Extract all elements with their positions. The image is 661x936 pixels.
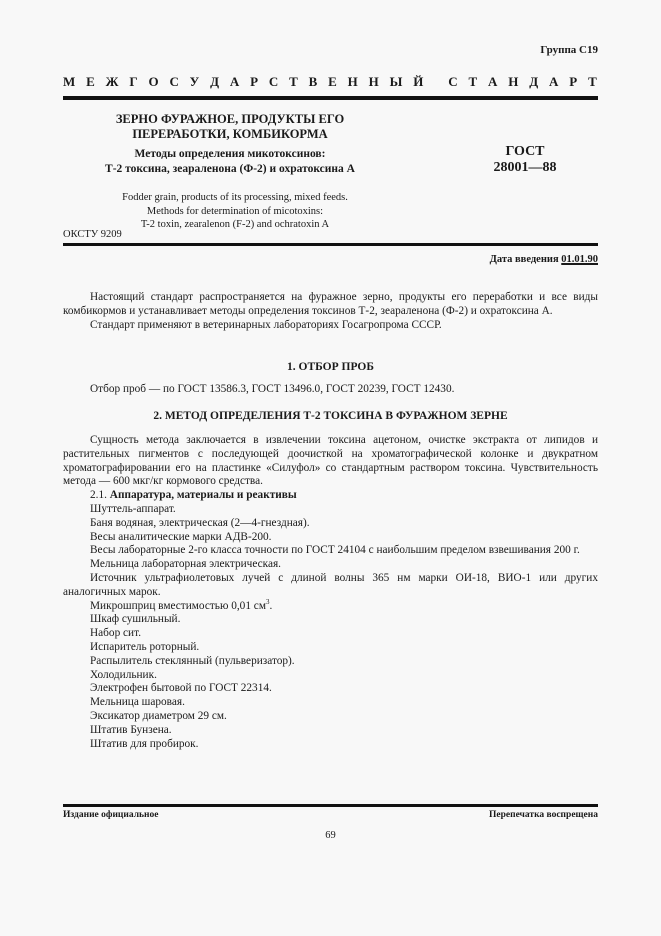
heading-letter: Т — [289, 74, 298, 90]
subsection-2-1-heading: 2.1. Аппаратура, материалы и реактивы — [63, 489, 598, 503]
preamble: Настоящий стандарт распространяется на ф… — [63, 291, 598, 332]
equipment-item: Распылитель стеклянный (пульверизатор). — [63, 655, 598, 669]
heading-letter: Д — [210, 74, 219, 90]
heading-letter: Н — [348, 74, 358, 90]
heading-letter: С — [269, 74, 278, 90]
heading-letter: Р — [569, 74, 577, 90]
heading-letter: Ы — [390, 74, 403, 90]
header-bottom-divider — [63, 243, 598, 246]
equipment-item: Эксикатор диаметром 29 см. — [63, 710, 598, 724]
subtitle-line-2: Т-2 токсина, зеараленона (Ф-2) и охраток… — [90, 162, 370, 177]
heading-letter: Т — [588, 74, 597, 90]
heading-letter: Р — [250, 74, 258, 90]
heading-letter: С — [169, 74, 178, 90]
intro-date-label: Дата введения — [490, 254, 559, 265]
reprint-prohibited-label: Перепечатка воспрещена — [489, 810, 598, 820]
gost-label: ГОСТ — [470, 144, 580, 160]
okstu-code: ОКСТУ 9209 — [63, 229, 122, 240]
heading-letter: А — [549, 74, 558, 90]
equipment-item: Шуттель-аппарат. — [63, 503, 598, 517]
microsyringe-text: Микрошприц вместимостью 0,01 см — [90, 600, 266, 612]
preamble-paragraph-1: Настоящий стандарт распространяется на ф… — [63, 291, 598, 319]
english-line-2: Methods for determination of micotoxins: — [110, 205, 360, 219]
heading-letter: А — [230, 74, 239, 90]
gost-number: 28001—88 — [470, 160, 580, 176]
subsection-number: 2.1. — [90, 489, 107, 501]
equipment-item: Источник ультрафиолетовых лучей с длиной… — [63, 572, 598, 600]
equipment-item: Штатив для пробирок. — [63, 738, 598, 752]
group-label: Группа С19 — [540, 44, 598, 56]
equipment-item: Холодильник. — [63, 669, 598, 683]
equipment-item: Мельница лабораторная электрическая. — [63, 558, 598, 572]
equipment-item: Баня водяная, электрическая (2—4-гнездна… — [63, 517, 598, 531]
heading-letter: С — [448, 74, 457, 90]
microsyringe-period: . — [269, 600, 272, 612]
equipment-item: Весы аналитические марки АДВ-200. — [63, 531, 598, 545]
title-line-1: ЗЕРНО ФУРАЖНОЕ, ПРОДУКТЫ ЕГО — [110, 112, 350, 127]
subtitle-line-1: Методы определения микотоксинов: — [90, 147, 370, 162]
english-title: Fodder grain, products of its processing… — [110, 191, 360, 232]
heading-letter: Д — [529, 74, 538, 90]
heading-letter: М — [63, 74, 75, 90]
heading-letter: Н — [508, 74, 518, 90]
equipment-item: Микрошприц вместимостью 0,01 см3. — [63, 600, 598, 614]
heading-letter: Ж — [106, 74, 119, 90]
equipment-item: Испаритель роторный. — [63, 641, 598, 655]
heading-letter: Н — [369, 74, 379, 90]
english-line-3: T-2 toxin, zearalenon (F-2) and ochratox… — [110, 218, 360, 232]
equipment-item: Набор сит. — [63, 627, 598, 641]
top-divider — [63, 96, 598, 100]
heading-letter: В — [309, 74, 318, 90]
interstate-standard-heading: М Е Ж Г О С У Д А Р С Т В Е Н Н Ы Й С Т … — [63, 74, 597, 90]
method-essence: Сущность метода заключается в извлечении… — [63, 434, 598, 489]
official-edition-label: Издание официальное — [63, 810, 159, 820]
footer-divider — [63, 804, 598, 807]
equipment-item: Штатив Бунзена. — [63, 724, 598, 738]
title-line-2: ПЕРЕРАБОТКИ, КОМБИКОРМА — [110, 127, 350, 142]
document-title: ЗЕРНО ФУРАЖНОЕ, ПРОДУКТЫ ЕГО ПЕРЕРАБОТКИ… — [110, 112, 350, 142]
heading-letter: Й — [413, 74, 423, 90]
intro-date-value: 01.01.90 — [561, 254, 598, 265]
heading-letter: Т — [469, 74, 478, 90]
section-1-text: Отбор проб — по ГОСТ 13586.3, ГОСТ 13496… — [63, 383, 598, 397]
equipment-item: Мельница шаровая. — [63, 696, 598, 710]
heading-letter: Е — [86, 74, 95, 90]
equipment-item: Электрофен бытовой по ГОСТ 22314. — [63, 682, 598, 696]
subsection-title: Аппаратура, материалы и реактивы — [110, 489, 297, 501]
section-2-heading: 2. МЕТОД ОПРЕДЕЛЕНИЯ Т-2 ТОКСИНА В ФУРАЖ… — [63, 410, 598, 422]
page-number: 69 — [0, 830, 661, 841]
gost-designation: ГОСТ 28001—88 — [470, 144, 580, 176]
equipment-item: Шкаф сушильный. — [63, 613, 598, 627]
heading-letter: Е — [328, 74, 337, 90]
heading-letter: О — [148, 74, 158, 90]
section-1-heading: 1. ОТБОР ПРОБ — [63, 361, 598, 373]
introduction-date: Дата введения 01.01.90 — [490, 254, 598, 265]
document-subtitle: Методы определения микотоксинов: Т-2 ток… — [90, 147, 370, 177]
english-line-1: Fodder grain, products of its processing… — [110, 191, 360, 205]
heading-letter: У — [190, 74, 200, 90]
heading-letter: Г — [129, 74, 137, 90]
heading-spacer — [434, 74, 437, 90]
heading-letter: А — [488, 74, 497, 90]
preamble-paragraph-2: Стандарт применяют в ветеринарных лабора… — [63, 319, 598, 333]
sampling-text: Отбор проб — по ГОСТ 13586.3, ГОСТ 13496… — [63, 383, 598, 397]
section-2-body: Сущность метода заключается в извлечении… — [63, 434, 598, 751]
equipment-item: Весы лабораторные 2-го класса точности п… — [63, 544, 598, 558]
